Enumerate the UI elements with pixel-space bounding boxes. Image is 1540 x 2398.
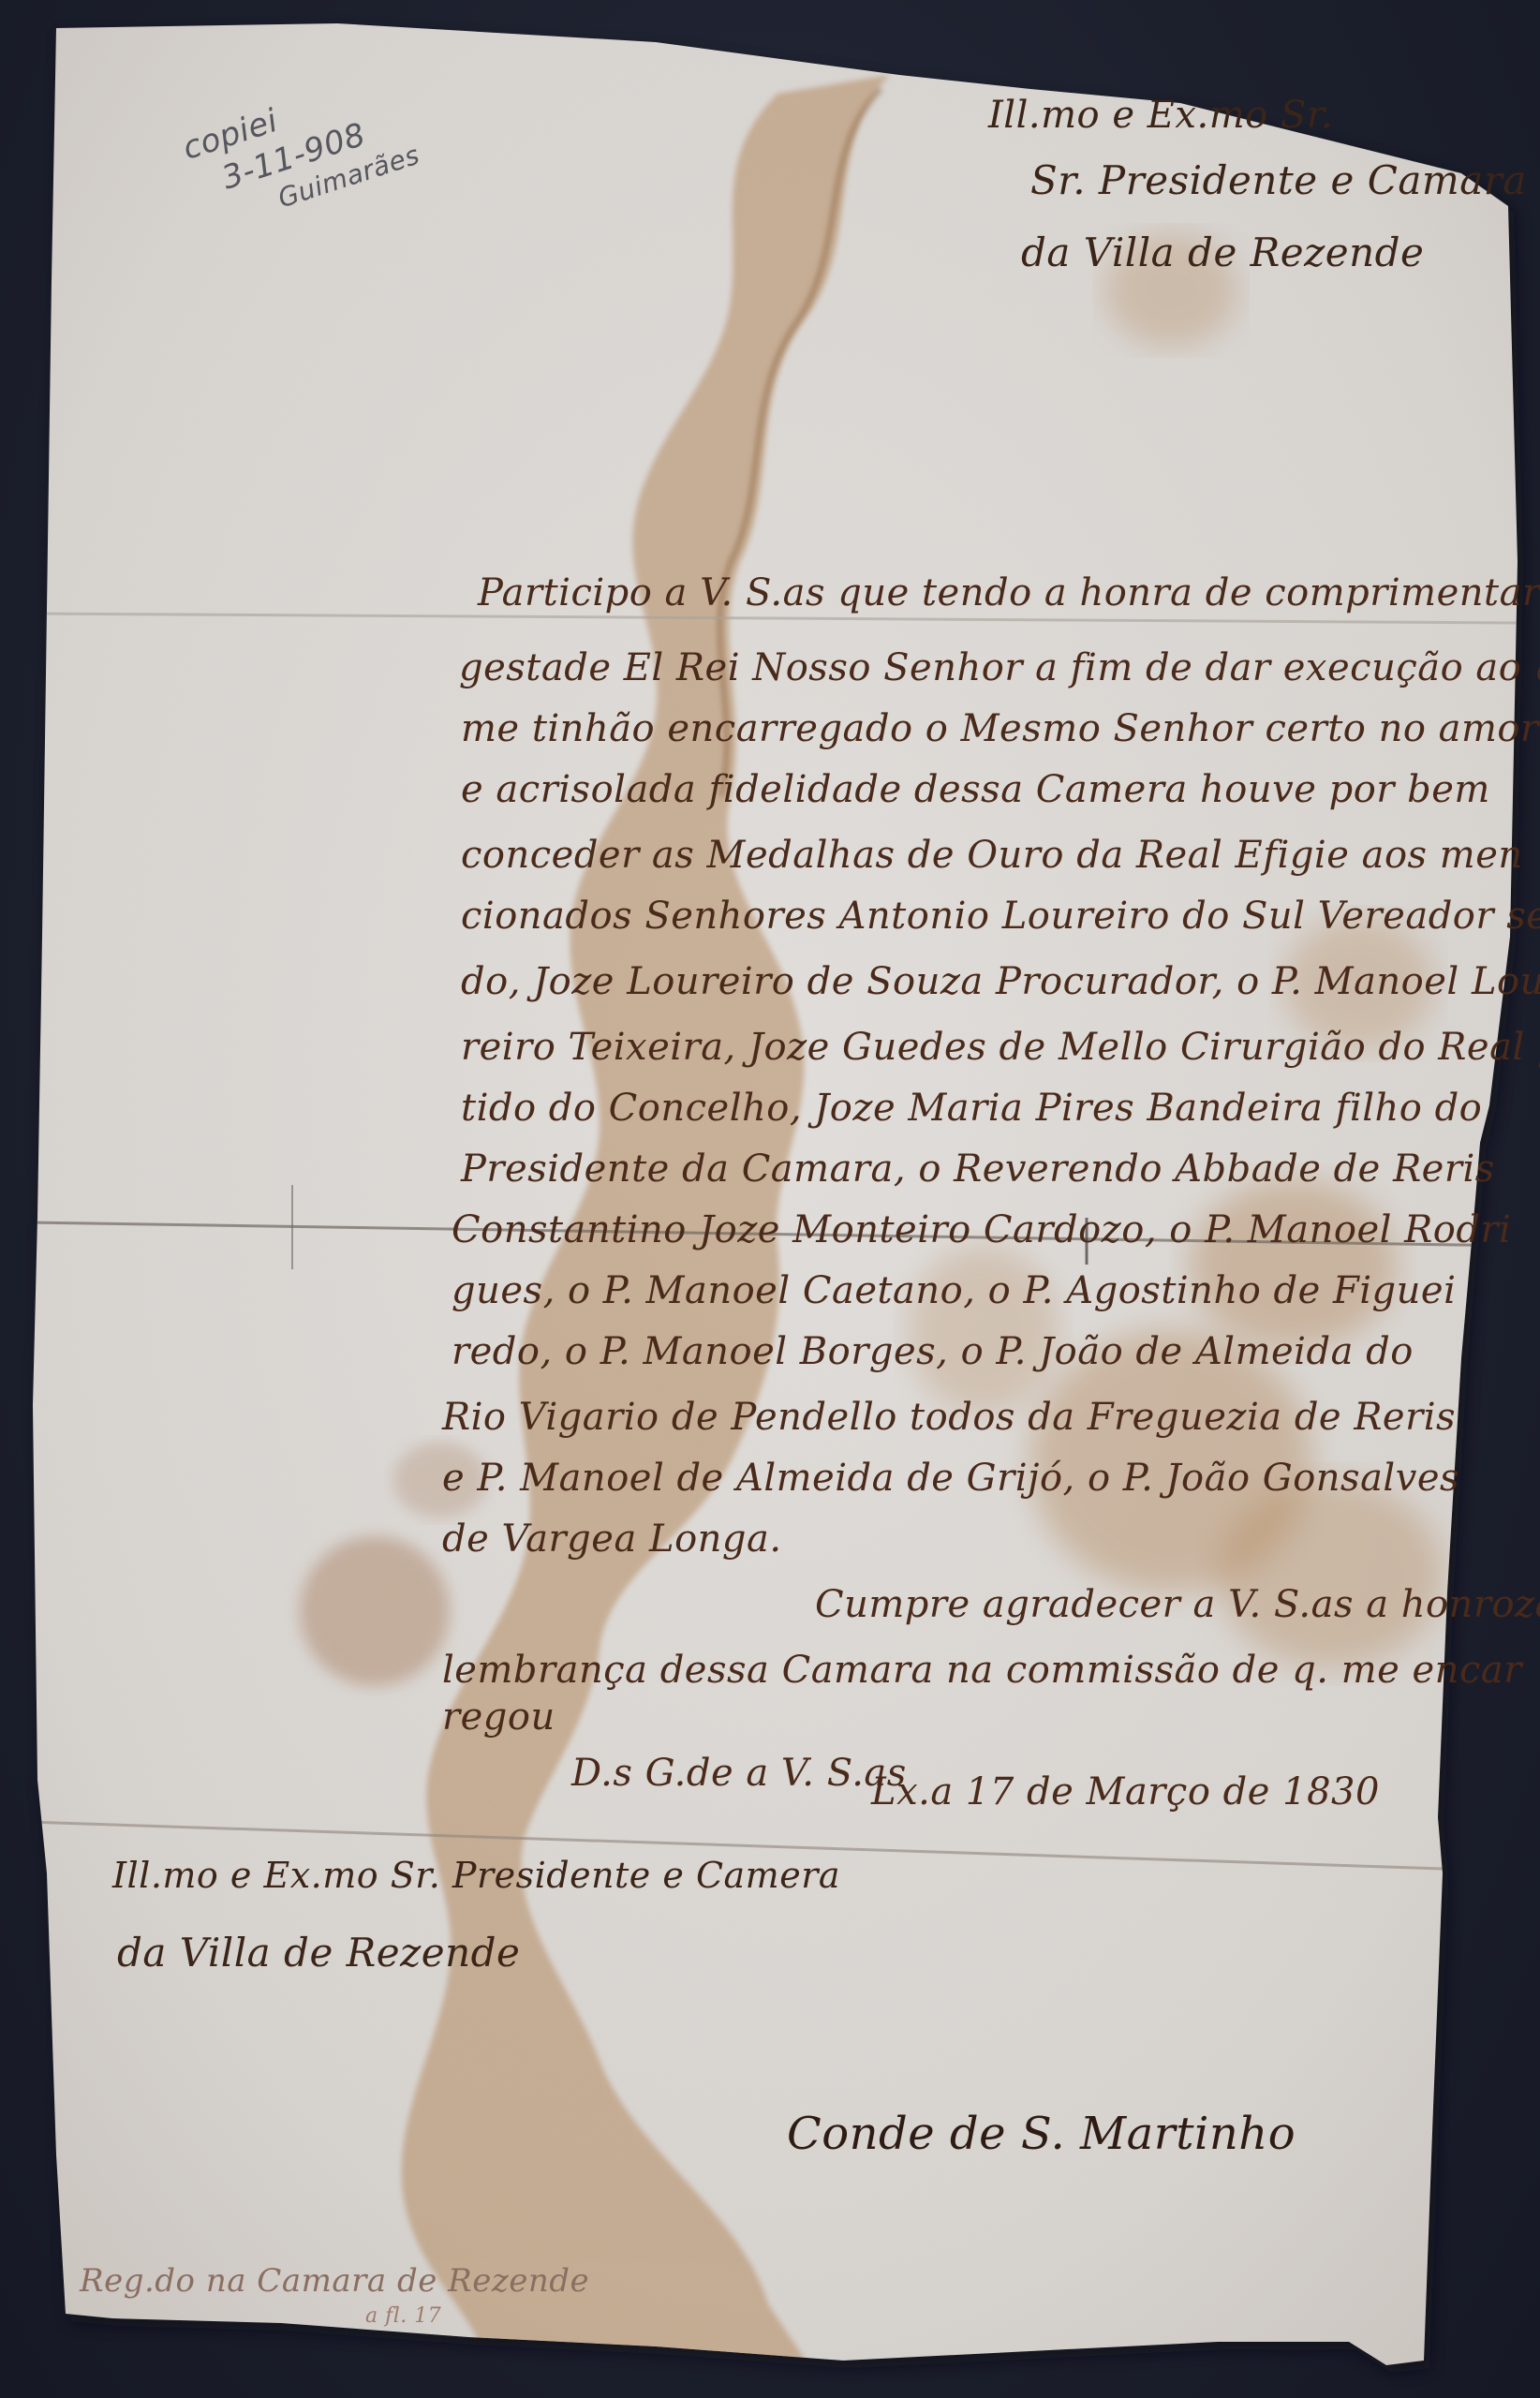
footer-address-line2: da Villa de Rezende bbox=[117, 1930, 520, 1976]
body-line: e acrisolada fidelidade dessa Camera hou… bbox=[461, 768, 1490, 811]
header-address-line1: Ill.mo e Ex.mo Sr. bbox=[988, 94, 1333, 137]
body-line: gues, o P. Manoel Caetano, o P. Agostinh… bbox=[452, 1269, 1456, 1312]
body-line: gestade El Rei Nosso Senhor a fim de dar… bbox=[459, 646, 1540, 689]
body-line: Constantino Joze Monteiro Cardozo, o P. … bbox=[452, 1208, 1511, 1251]
body-line: reiro Teixeira, Joze Guedes de Mello Cir… bbox=[461, 1026, 1540, 1069]
dateline-salutation: D.s G.de a V. S.as bbox=[571, 1752, 907, 1795]
body-line: cionados Senhores Antonio Loureiro do Su… bbox=[461, 895, 1540, 938]
body-line: me tinhão encarregado o Mesmo Senhor cer… bbox=[461, 707, 1539, 750]
header-address-line3: da Villa de Rezende bbox=[1021, 229, 1424, 275]
body-line: conceder as Medalhas de Ouro da Real Efi… bbox=[461, 834, 1523, 877]
body-line: Participo a V. S.as que tendo a honra de… bbox=[478, 571, 1540, 614]
dateline-place-date: Lx.a 17 de Março de 1830 bbox=[871, 1770, 1380, 1813]
registry-note-sub: a fl. 17 bbox=[365, 2304, 441, 2328]
body-line: de Vargea Longa. bbox=[442, 1517, 782, 1561]
body-line: e P. Manoel de Almeida de Grijó, o P. Jo… bbox=[442, 1457, 1459, 1500]
closing-line: regou bbox=[442, 1695, 555, 1739]
footer-address-line1: Ill.mo e Ex.mo Sr. Presidente e Camera bbox=[112, 1855, 840, 1896]
closing-line: Cumpre agradecer a V. S.as a honroza bbox=[815, 1583, 1540, 1626]
body-line: Presidente da Camara, o Reverendo Abbade… bbox=[461, 1147, 1495, 1191]
body-line: redo, o P. Manoel Borges, o P. João de A… bbox=[452, 1330, 1414, 1373]
closing-line: lembrança dessa Camara na commissão de q… bbox=[442, 1649, 1522, 1692]
header-address-line2: Sr. Presidente e Camara bbox=[1030, 157, 1527, 203]
body-line: Rio Vigario de Pendello todos da Freguez… bbox=[442, 1396, 1456, 1439]
signature: Conde de S. Martinho bbox=[787, 2108, 1296, 2160]
paper-sheet bbox=[0, 0, 1540, 2398]
registry-note-text: Reg.do na Camara de Rezende bbox=[80, 2262, 589, 2300]
body-line: tido do Concelho, Joze Maria Pires Bande… bbox=[461, 1087, 1482, 1130]
body-line: do, Joze Loureiro de Souza Procurador, o… bbox=[461, 960, 1540, 1003]
